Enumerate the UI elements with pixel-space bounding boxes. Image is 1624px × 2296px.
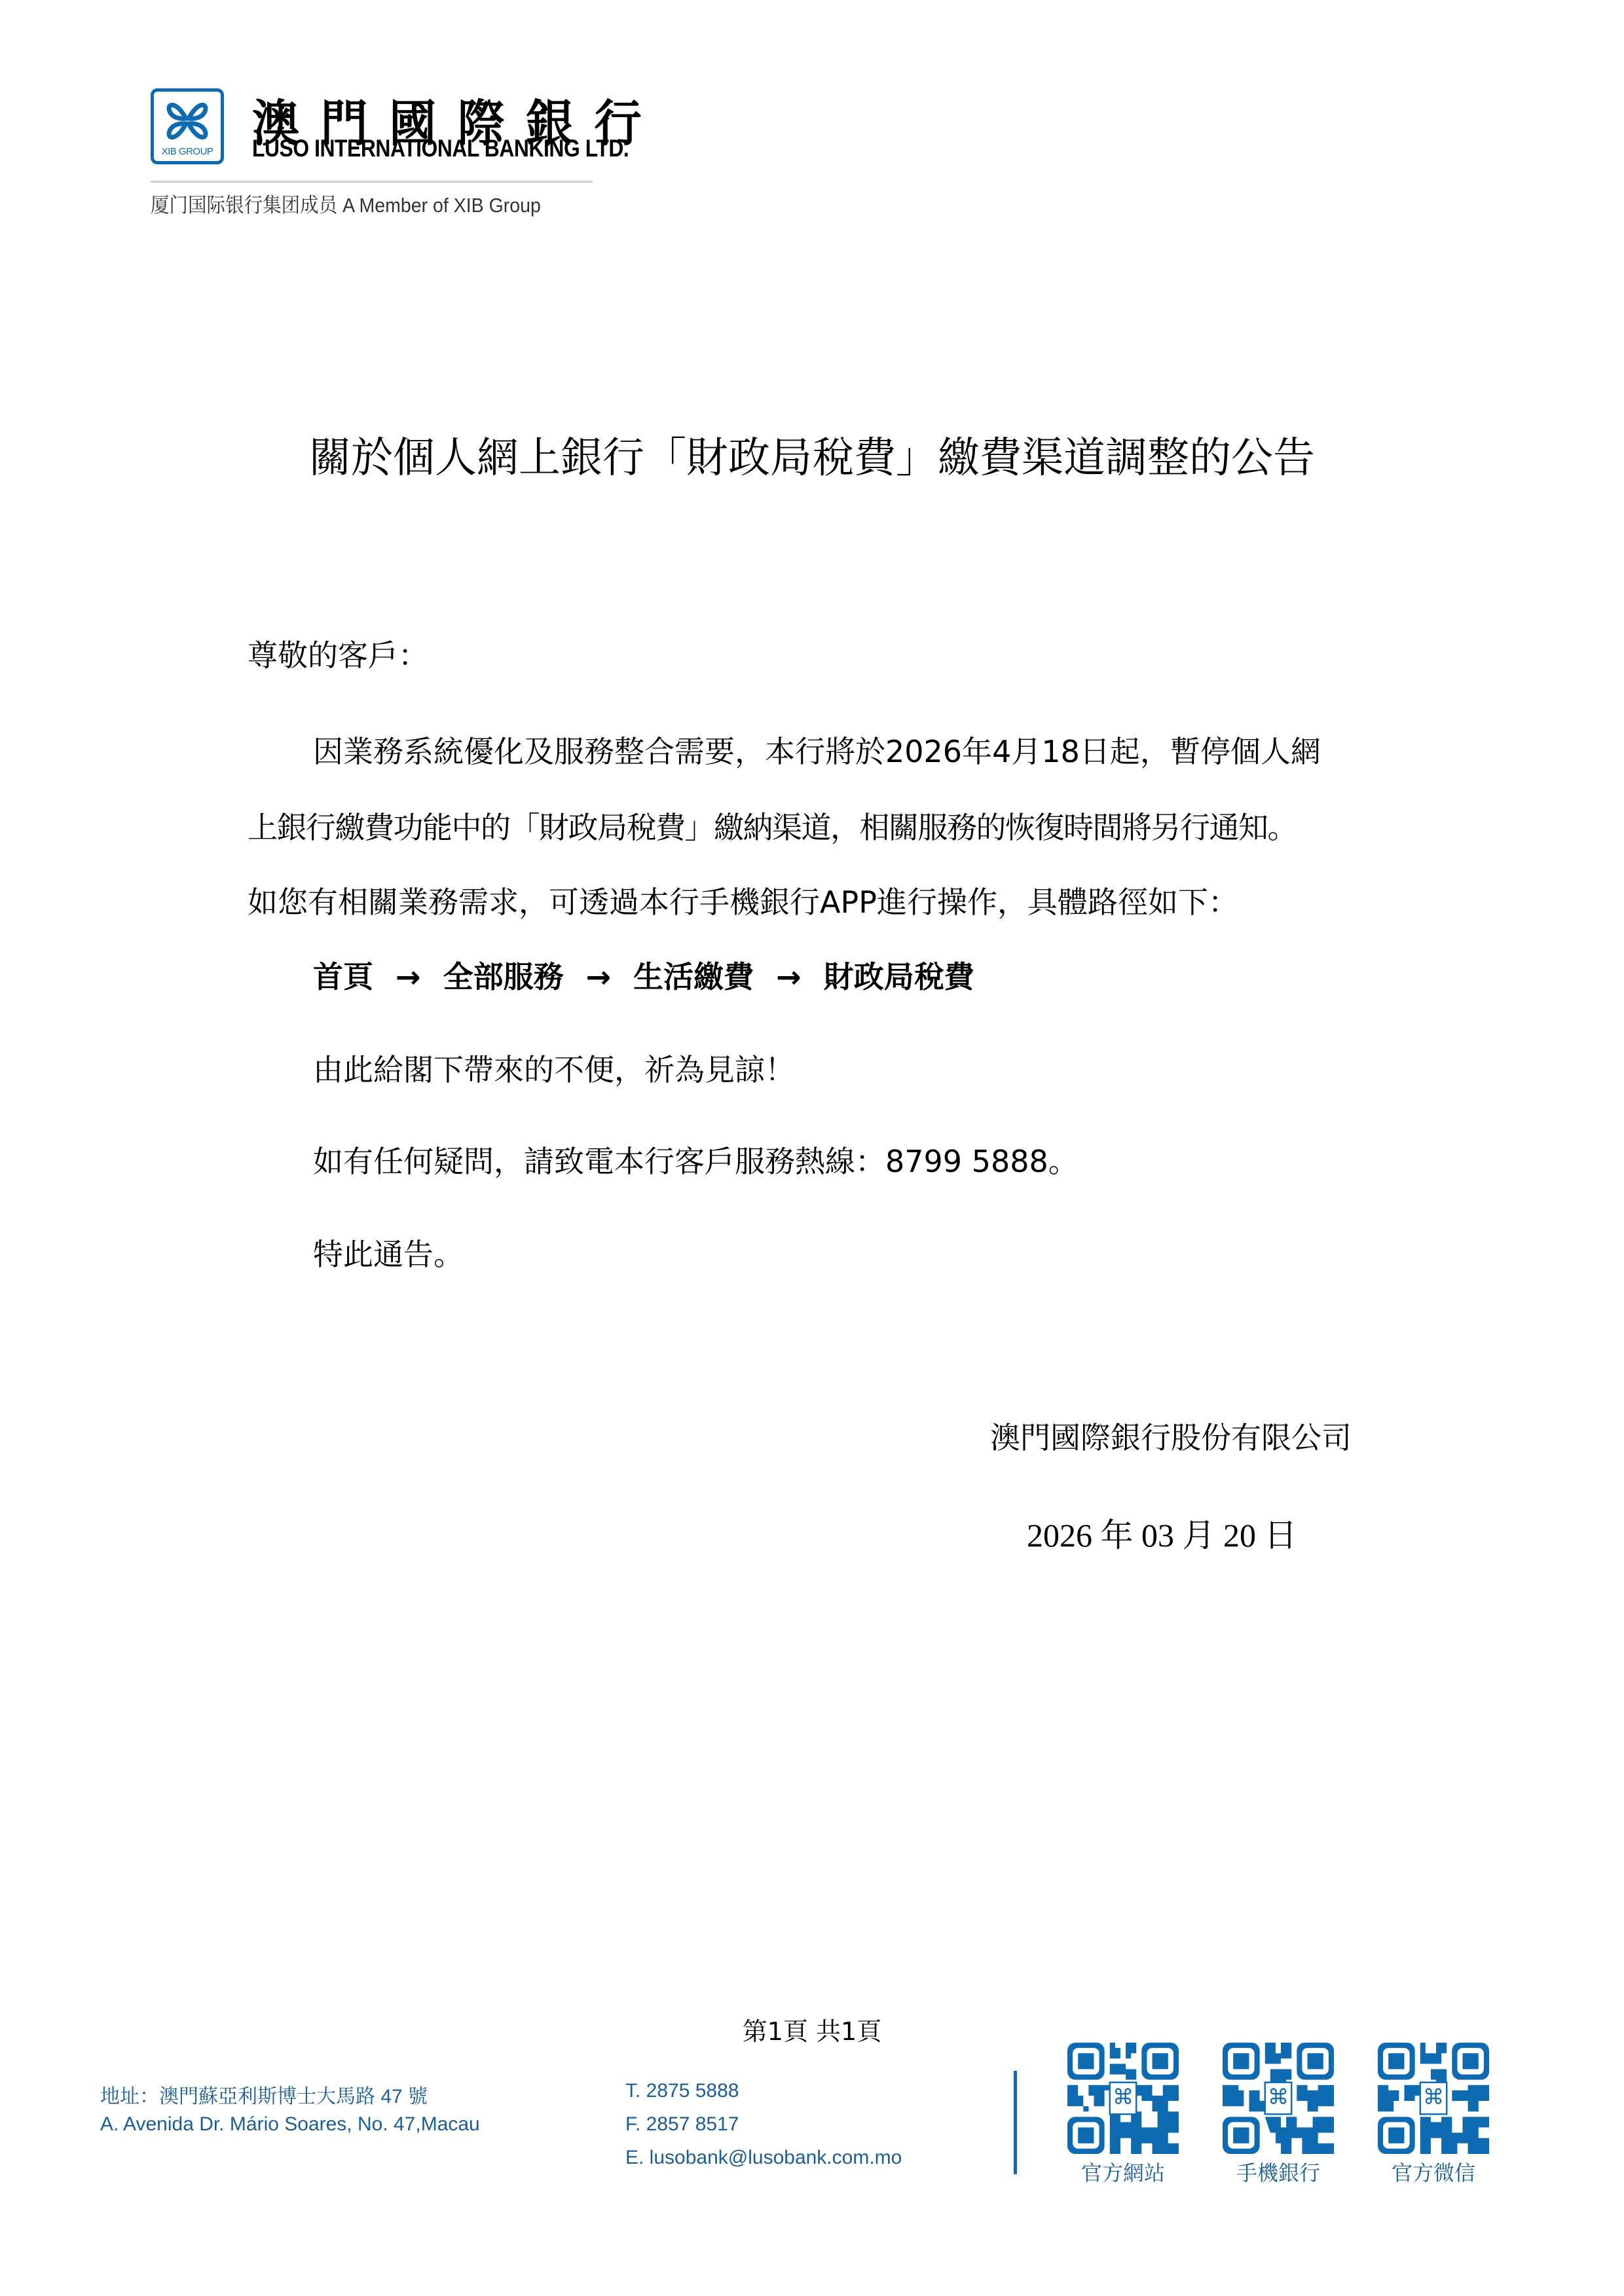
path-step-finance-tax: 財政局稅費 — [824, 959, 974, 994]
path-step-all-services: 全部服務 — [443, 959, 564, 994]
svg-text:⌘: ⌘ — [1113, 2085, 1134, 2109]
app-navigation-path: 首頁 → 全部服務 → 生活繳費 → 財政局稅費 — [313, 953, 974, 996]
qr-code-icon: ⌘ — [1223, 2043, 1334, 2154]
address-zh: 地址：澳門蘇亞利斯博士大馬路 47 號 — [100, 2080, 428, 2109]
address-en: A. Avenida Dr. Mário Soares, No. 47,Maca… — [100, 2113, 480, 2136]
path-step-living-payments: 生活繳費 — [633, 959, 754, 994]
hotline-line: 如有任何疑問，請致電本行客戶服務熱線：8799 5888。 — [313, 1138, 1079, 1181]
paragraph-line-1: 因業務系統優化及服務整合需要，本行將於2026年4月18日起，暫停個人網 — [313, 728, 1321, 771]
header-divider — [151, 181, 593, 183]
path-step-home: 首頁 — [313, 959, 373, 994]
arrow-right-icon: → — [776, 959, 802, 994]
paragraph-line-2: 上銀行繳費功能中的「財政局稅費」繳納渠道，相關服務的恢復時間將另行通知。 — [248, 804, 1297, 847]
page-indicator: 第1頁 共1頁 — [0, 2011, 1624, 2047]
arrow-right-icon: → — [586, 959, 612, 994]
fax-number: F. 2857 8517 — [625, 2113, 739, 2136]
apology-line: 由此給閣下帶來的不便，祈為見諒！ — [313, 1046, 795, 1089]
qr-official-website[interactable]: ⌘ 官方網站 — [1067, 2043, 1179, 2187]
logo-group-text: XIB GROUP — [154, 146, 221, 157]
closing-line: 特此通告。 — [313, 1231, 464, 1274]
salutation: 尊敬的客戶： — [248, 632, 428, 675]
phone-number: T. 2875 5888 — [625, 2080, 739, 2102]
qr-official-wechat[interactable]: ⌘ 官方微信 — [1378, 2043, 1489, 2187]
notice-title: 關於個人網上銀行「財政局稅費」繳費渠道調整的公告 — [0, 424, 1624, 484]
qr-label: 官方微信 — [1378, 2157, 1489, 2187]
signature-company: 澳門國際銀行股份有限公司 — [990, 1414, 1352, 1457]
signature-date: 2026 年 03 月 20 日 — [1027, 1509, 1297, 1556]
qr-code-icon: ⌘ — [1067, 2043, 1179, 2154]
email-link[interactable]: E. lusobank@lusobank.com.mo — [625, 2147, 902, 2169]
qr-mobile-banking[interactable]: ⌘ 手機銀行 — [1223, 2043, 1334, 2187]
svg-text:⌘: ⌘ — [1423, 2085, 1444, 2109]
svg-text:⌘: ⌘ — [1268, 2085, 1289, 2109]
xib-clover-logo-icon — [163, 97, 212, 145]
qr-label: 官方網站 — [1067, 2157, 1179, 2187]
group-tagline: 厦门国际银行集团成员 A Member of XIB Group — [151, 189, 541, 218]
paragraph-line-3: 如您有相關業務需求，可透過本行手機銀行APP進行操作，具體路徑如下： — [248, 879, 1238, 922]
footer-divider — [1014, 2071, 1017, 2174]
qr-code-icon: ⌘ — [1378, 2043, 1489, 2154]
bank-name-en: LUSO INTERNATIONAL BANKING LTD. — [252, 135, 629, 162]
qr-label: 手機銀行 — [1223, 2157, 1334, 2187]
arrow-right-icon: → — [396, 959, 421, 994]
xib-logo: XIB GROUP — [151, 88, 224, 164]
